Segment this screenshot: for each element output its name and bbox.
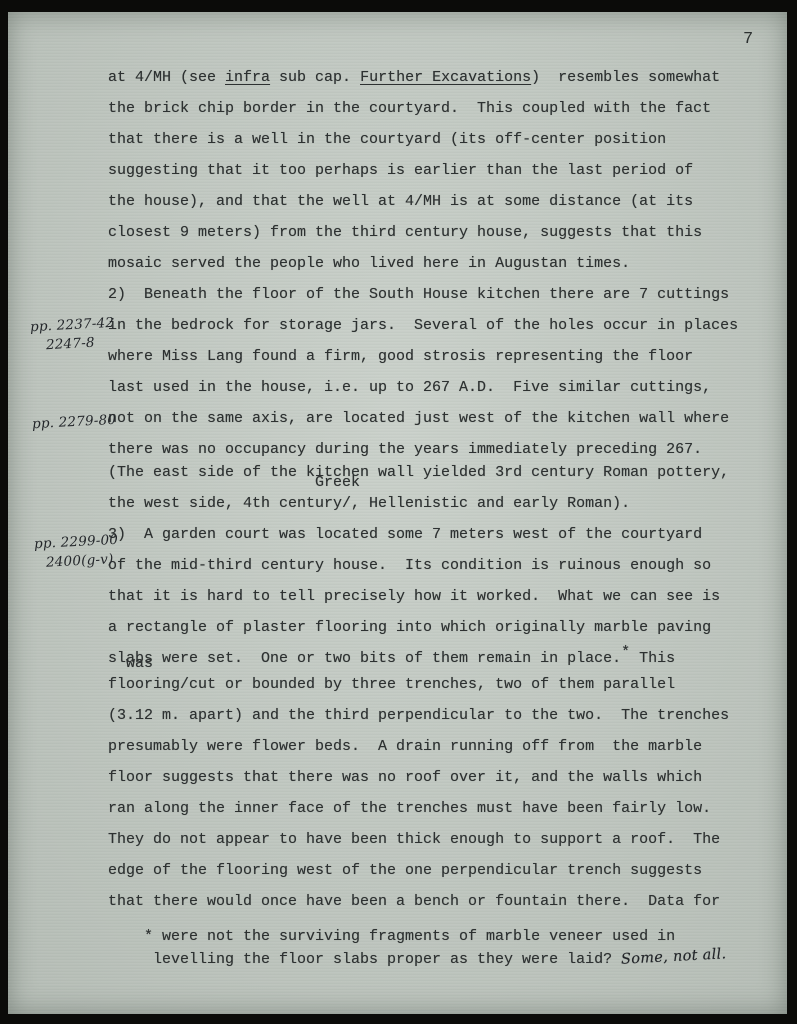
text-run: that there would once have been a bench … — [108, 893, 720, 910]
page-number: 7 — [743, 30, 753, 49]
text-run: Further Excavations — [360, 69, 531, 86]
text-run: This — [630, 650, 675, 667]
text-run: suggesting that it too perhaps is earlie… — [108, 162, 693, 179]
typescript-body: at 4/MH (see infra sub cap. Further Exca… — [108, 62, 758, 970]
text-run: closest 9 meters) from the third century… — [108, 224, 702, 241]
text-run: They do not appear to have been thick en… — [108, 831, 720, 848]
margin-note-handwritten: 2400(g-v) — [46, 551, 114, 571]
typescript-line: 3) A garden court was located some 7 met… — [108, 519, 758, 550]
text-run: last used in the house, i.e. up to 267 A… — [108, 379, 711, 396]
interlinear-insert: Greek — [315, 476, 360, 490]
text-run: edge of the flooring west of the one per… — [108, 862, 702, 879]
text-run: floor suggests that there was no roof ov… — [108, 769, 702, 786]
typescript-line: (3.12 m. apart) and the third perpendicu… — [108, 700, 758, 731]
text-run: 2) Beneath the floor of the South House … — [108, 286, 729, 303]
text-run: flooring/cut or bounded by three trenche… — [108, 676, 675, 693]
text-run: a rectangle of plaster flooring into whi… — [108, 619, 711, 636]
typescript-line: where Miss Lang found a firm, good stros… — [108, 341, 758, 372]
text-run: * were not the surviving fragments of ma… — [144, 928, 675, 945]
typescript-line: in the bedrock for storage jars. Several… — [108, 310, 758, 341]
text-run: the house), and that the well at 4/MH is… — [108, 193, 693, 210]
typescript-line: of the mid-third century house. Its cond… — [108, 550, 758, 581]
text-run: in the bedrock for storage jars. Several… — [108, 317, 738, 334]
typescript-line: at 4/MH (see infra sub cap. Further Exca… — [108, 62, 758, 93]
typescript-line: that there would once have been a bench … — [108, 886, 758, 917]
typescript-line: They do not appear to have been thick en… — [108, 824, 758, 855]
typescript-line: the house), and that the well at 4/MH is… — [108, 186, 758, 217]
typescript-line: a rectangle of plaster flooring into whi… — [108, 612, 758, 643]
typescript-line: mosaic served the people who lived here … — [108, 248, 758, 279]
typescript-line: * were not the surviving fragments of ma… — [108, 926, 758, 948]
typescript-line: floor suggests that there was no roof ov… — [108, 762, 758, 793]
typescript-line: that it is hard to tell precisely how it… — [108, 581, 758, 612]
typescript-line: (The east side of the kitchen wall yield… — [108, 457, 758, 488]
typescript-line: the west side, 4th century/, Hellenistic… — [108, 488, 758, 519]
text-run: slabs were set. One or two bits of them … — [108, 650, 621, 667]
text-run: infra — [225, 69, 270, 86]
scan-background: { "doc": { "page_number": "7", "colors":… — [0, 0, 797, 1024]
text-run: 3) A garden court was located some 7 met… — [108, 526, 702, 543]
body-lines: at 4/MH (see infra sub cap. Further Exca… — [108, 62, 758, 917]
typescript-line: not on the same axis, are located just w… — [108, 403, 758, 434]
typescript-line: the brick chip border in the courtyard. … — [108, 93, 758, 124]
margin-note-handwritten: 2247-8 — [46, 335, 95, 354]
paper-page: 7 at 4/MH (see infra sub cap. Further Ex… — [8, 12, 787, 1014]
typescript-line: ran along the inner face of the trenches… — [108, 793, 758, 824]
margin-note-handwritten: pp. 2299-00 — [34, 532, 119, 552]
text-run: mosaic served the people who lived here … — [108, 255, 630, 272]
text-run: the west side, 4th century/, Hellenistic… — [108, 495, 630, 512]
handwritten-annotation: Some, not all. — [621, 943, 727, 970]
text-run: (3.12 m. apart) and the third perpendicu… — [108, 707, 729, 724]
typescript-line: edge of the flooring west of the one per… — [108, 855, 758, 886]
margin-note-handwritten: pp. 2279-80 — [32, 412, 117, 432]
typescript-line: closest 9 meters) from the third century… — [108, 217, 758, 248]
text-run: that there is a well in the courtyard (i… — [108, 131, 666, 148]
text-run: * — [621, 644, 630, 661]
text-run: presumably were flower beds. A drain run… — [108, 738, 702, 755]
typescript-line: 2) Beneath the floor of the South House … — [108, 279, 758, 310]
typescript-line: presumably were flower beds. A drain run… — [108, 731, 758, 762]
text-run: at 4/MH (see — [108, 69, 225, 86]
text-run: that it is hard to tell precisely how it… — [108, 588, 720, 605]
margin-note-handwritten: pp. 2237-42 — [30, 315, 115, 335]
text-run: there was no occupancy during the years … — [108, 441, 702, 458]
interlinear-insert: was — [126, 657, 153, 671]
text-run: (The east side of the kitchen wall yield… — [108, 464, 729, 481]
text-run: ) resembles somewhat — [531, 69, 720, 86]
text-run: ran along the inner face of the trenches… — [108, 800, 711, 817]
text-run: where Miss Lang found a firm, good stros… — [108, 348, 693, 365]
footnote: * were not the surviving fragments of ma… — [108, 926, 758, 970]
typescript-line: suggesting that it too perhaps is earlie… — [108, 155, 758, 186]
typescript-line: last used in the house, i.e. up to 267 A… — [108, 372, 758, 403]
text-run: sub cap. — [270, 69, 360, 86]
text-run: levelling the floor slabs proper as they… — [153, 951, 621, 968]
typescript-line: flooring/cut or bounded by three trenche… — [108, 669, 758, 700]
typescript-line: that there is a well in the courtyard (i… — [108, 124, 758, 155]
text-run: the brick chip border in the courtyard. … — [108, 100, 711, 117]
text-run: not on the same axis, are located just w… — [108, 410, 729, 427]
typescript-line: levelling the floor slabs proper as they… — [108, 948, 758, 970]
text-run: of the mid-third century house. Its cond… — [108, 557, 711, 574]
